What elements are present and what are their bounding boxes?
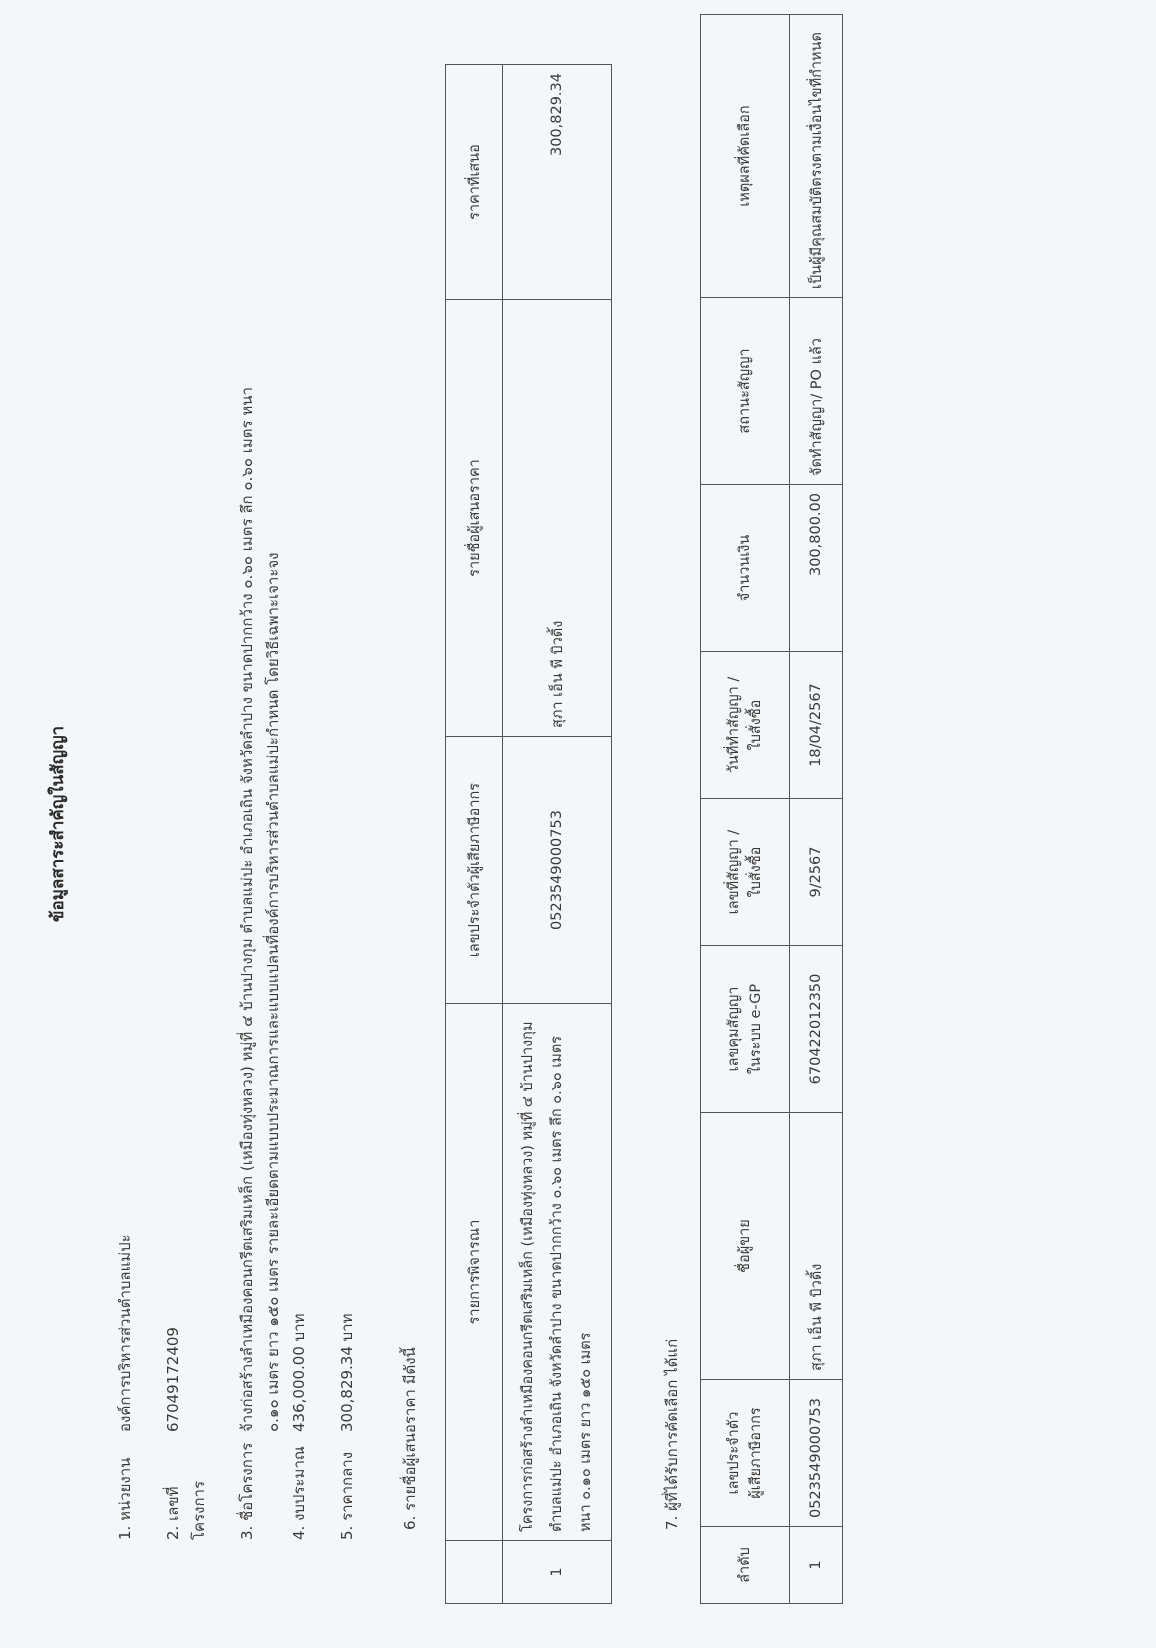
col-header: ชื่อผู้ขาย xyxy=(701,1113,790,1380)
col-header: รายการพิจารณา xyxy=(446,1004,503,1541)
info-item-median-price: 5. ราคากลาง 300,829.34 บาท xyxy=(334,60,360,1540)
col-header: รายชื่อผู้เสนอราคา xyxy=(446,300,503,737)
info-label: 4. งบประมาณ xyxy=(286,1432,312,1540)
table-row: 1 โครงการก่อสร้างลำเหมืองคอนกรีตเสริมเหล… xyxy=(503,65,612,1604)
description-line: หนา ๐.๑๐ เมตร ยาว ๑๕๐ เมตร xyxy=(572,1012,601,1532)
info-item-agency: 1. หน่วยงาน องค์การบริหารส่วนตำบลแม่ปะ xyxy=(112,60,138,1540)
col-header: เลขประจำตัว ผู้เสียภาษีอากร xyxy=(701,1380,790,1527)
contract-amount: 300,800.00 xyxy=(790,485,843,652)
info-value: ๐.๑๐ เมตร ยาว ๑๕๐ เมตร รายละเอียดตามแบบป… xyxy=(260,60,286,1432)
col-header: วันที่ทำสัญญา / ใบสั่งซื้อ xyxy=(701,652,790,799)
col-header xyxy=(446,1541,503,1604)
selection-reason: เป็นผู้มีคุณสมบัติตรงตามเงื่อนไขที่กำหนด xyxy=(790,15,843,298)
info-value: 436,000.00 บาท xyxy=(286,60,312,1432)
document-title: ข้อมูลสาระสำคัญในสัญญา xyxy=(44,0,71,1648)
description-line: ตำบลแม่ปะ อำเภอเถิน จังหวัดลำปาง ขนาดปาก… xyxy=(543,1012,572,1532)
description-line: โครงการก่อสร้างลำเหมืองคอนกรีตเสริมเหล็ก… xyxy=(514,1012,543,1532)
col-header: เลขคุมสัญญา ในระบบ e-GP xyxy=(701,946,790,1113)
col-header: ราคาที่เสนอ xyxy=(446,65,503,300)
section-6-heading: 6. รายชื่อผู้เสนอราคา มีดังนี้ xyxy=(398,1347,422,1530)
info-label: 2. เลขที่โครงการ xyxy=(160,1432,212,1540)
document-page: ข้อมูลสาระสำคัญในสัญญา 1. หน่วยงาน องค์ก… xyxy=(0,0,1156,1648)
col-header: สถานะสัญญา xyxy=(701,298,790,485)
row-number: 1 xyxy=(503,1541,612,1604)
contract-date: 18/04/2567 xyxy=(790,652,843,799)
contract-number: 9/2567 xyxy=(790,799,843,946)
info-value: 67049172409 xyxy=(160,60,212,1432)
table-header: ลำดับ เลขประจำตัว ผู้เสียภาษีอากร ชื่อผู… xyxy=(701,15,790,1604)
tax-id: 0523549000753 xyxy=(790,1380,843,1527)
info-item-budget: 4. งบประมาณ 436,000.00 บาท xyxy=(286,60,312,1540)
section-7-heading: 7. ผู้ที่ได้รับการคัดเลือก ได้แก่ xyxy=(660,1339,684,1530)
info-value: 300,829.34 บาท xyxy=(334,60,360,1432)
col-header: เหตุผลที่คัดเลือก xyxy=(701,15,790,298)
contract-status: จัดทำสัญญา/ PO แล้ว xyxy=(790,298,843,485)
bidder-name: สุภา เอ็น พี บิวดิ้ง xyxy=(503,300,612,737)
tax-id: 0523549000753 xyxy=(503,737,612,1004)
bidders-table: รายการพิจารณา เลขประจำตัวผู้เสียภาษีอากร… xyxy=(445,64,612,1604)
selected-vendor-table: ลำดับ เลขประจำตัว ผู้เสียภาษีอากร ชื่อผู… xyxy=(700,14,843,1604)
egp-control-number: 670422012350 xyxy=(790,946,843,1113)
table-header: รายการพิจารณา เลขประจำตัวผู้เสียภาษีอากร… xyxy=(446,65,503,1604)
info-label: 1. หน่วยงาน xyxy=(112,1432,138,1540)
info-value: จ้างก่อสร้างลำเหมืองคอนกรีตเสริมเหล็ก (เ… xyxy=(234,60,260,1432)
info-label: 5. ราคากลาง xyxy=(334,1432,360,1540)
offered-price: 300,829.34 xyxy=(503,65,612,300)
info-item-project-name: 3. ชื่อโครงการ จ้างก่อสร้างลำเหมืองคอนกร… xyxy=(234,60,260,1540)
col-header: จำนวนเงิน xyxy=(701,485,790,652)
row-number: 1 xyxy=(790,1527,843,1604)
item-description: โครงการก่อสร้างลำเหมืองคอนกรีตเสริมเหล็ก… xyxy=(503,1004,612,1541)
col-header: ลำดับ xyxy=(701,1527,790,1604)
info-value: องค์การบริหารส่วนตำบลแม่ปะ xyxy=(112,60,138,1432)
table-row: 1 0523549000753 สุภา เอ็น พี บิวดิ้ง 670… xyxy=(790,15,843,1604)
info-item-project-number: 2. เลขที่โครงการ 67049172409 xyxy=(160,60,212,1540)
col-header: เลขประจำตัวผู้เสียภาษีอากร xyxy=(446,737,503,1004)
info-label: 3. ชื่อโครงการ xyxy=(234,1432,260,1540)
col-header: เลขที่สัญญา / ใบสั่งซื้อ xyxy=(701,799,790,946)
info-item-project-name-cont: ๐.๑๐ เมตร ยาว ๑๕๐ เมตร รายละเอียดตามแบบป… xyxy=(260,60,286,1540)
seller-name: สุภา เอ็น พี บิวดิ้ง xyxy=(790,1113,843,1380)
info-list: 1. หน่วยงาน องค์การบริหารส่วนตำบลแม่ปะ 2… xyxy=(112,60,360,1540)
